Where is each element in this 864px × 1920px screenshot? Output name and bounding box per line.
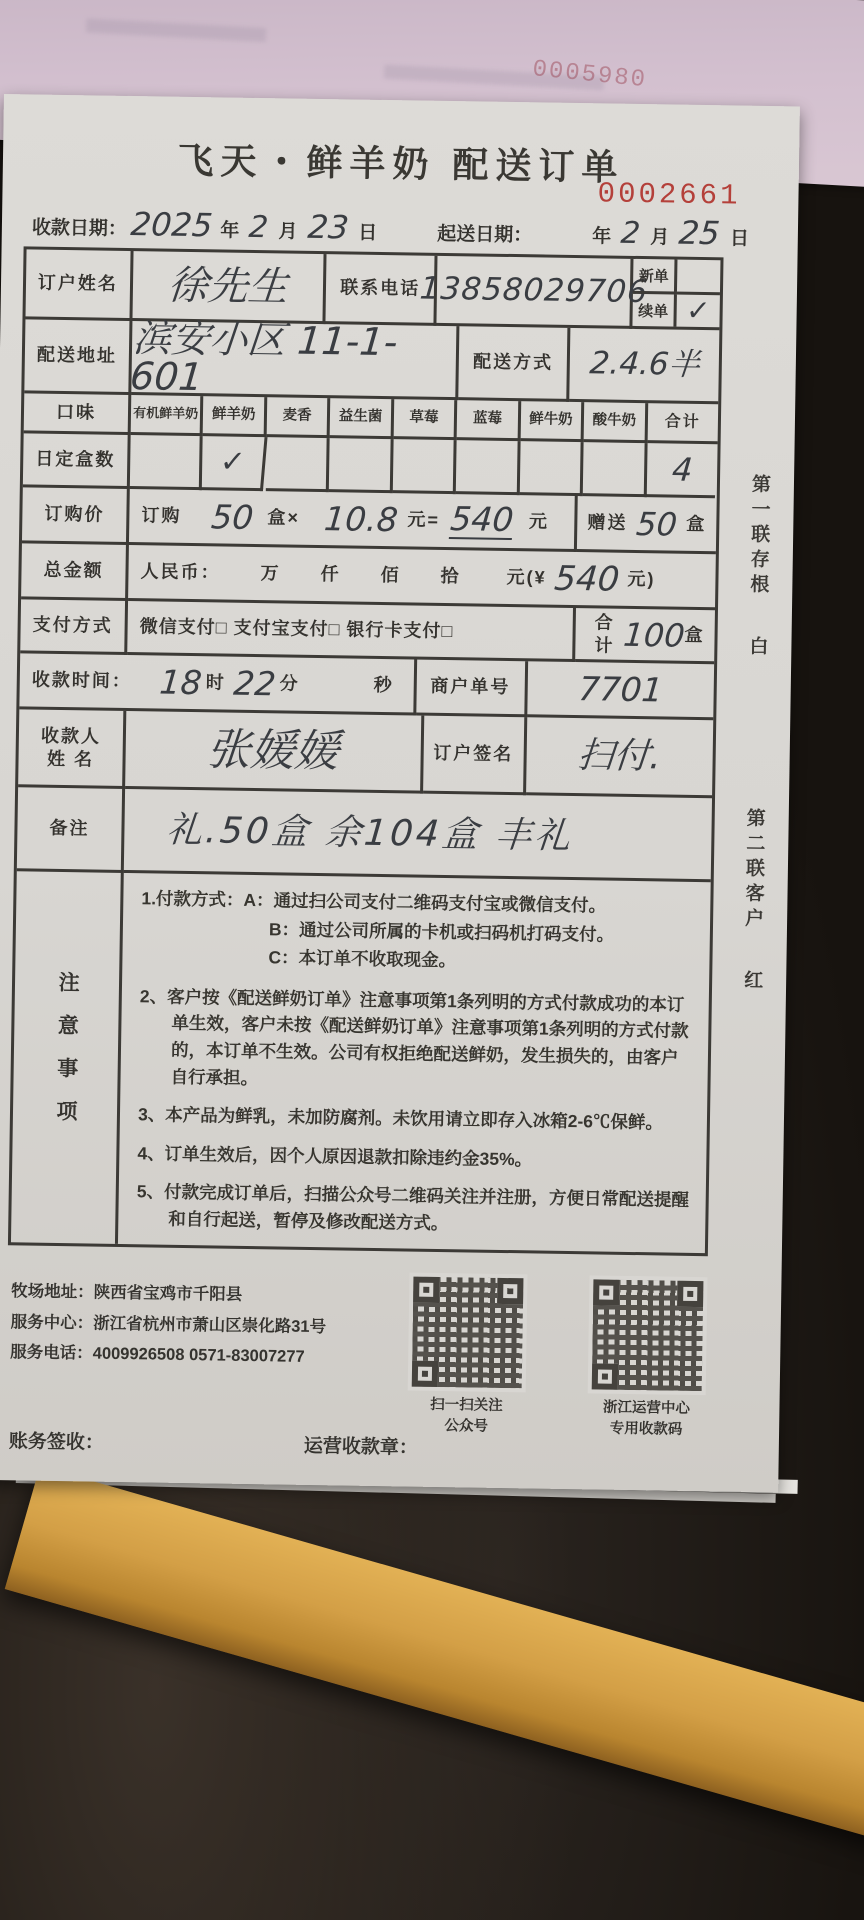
- unit-price-handwriting: 10.8: [323, 502, 399, 536]
- signature-cell: 扫付.: [526, 717, 714, 798]
- payee-label-line1: 收款人: [41, 725, 101, 748]
- photo-scene: 0005980 飞天・鲜羊奶 配送订单 0002661 收款日期： 2025 年…: [0, 0, 864, 1920]
- start-day-value: 25: [678, 217, 721, 250]
- address-value: 滨安小区 11-1-601: [131, 321, 459, 400]
- wechat-qr-code-icon: [412, 1277, 524, 1389]
- qr-finder-icon: [592, 1363, 618, 1389]
- minute-unit: 分: [280, 673, 300, 696]
- daily-box-cell: [519, 441, 583, 496]
- farm-address: 牧场地址：陕西省宝鸡市千阳县: [11, 1276, 327, 1311]
- delivery-order-form: 飞天・鲜羊奶 配送订单 0002661 收款日期： 2025 年 2 月 23 …: [0, 94, 800, 1492]
- row-remarks: 备注 礼.50盒 余104盒 丰礼: [17, 787, 712, 882]
- copy1-text: 第一联存根: [747, 474, 770, 599]
- row-notice: 注意事项 1.付款方式：A：通过扫公司支付二维码支付宝或微信支付。 B：通过公司…: [11, 871, 711, 1252]
- phone-handwriting: 13858029706: [418, 274, 649, 309]
- stamp-label: 运营收款章：: [304, 1431, 418, 1460]
- receipt-year-value: 2025: [130, 208, 214, 241]
- qr-finder-icon: [412, 1361, 438, 1387]
- payment-total-cell: 合计 100 盒: [575, 608, 715, 664]
- payee-name-cell: 张媛媛: [125, 711, 424, 794]
- notice-item-2: 2、客户按《配送鲜奶订单》注意事项第1条列明的方式付款成功的本订单生效，客户未按…: [138, 983, 695, 1098]
- receipt-day-value: 23: [306, 211, 349, 244]
- payment-label: 支付方式: [20, 599, 128, 655]
- payee-name-handwriting: 张媛媛: [205, 728, 341, 774]
- year-unit: 年: [220, 215, 239, 242]
- row-customer: 订户姓名 徐先生 联系电话 13858029706 新单 续单: [25, 249, 720, 330]
- remarks-handwriting: 礼.50盒 余104盒 丰礼: [165, 812, 575, 854]
- receipt-time-cell: 收款时间： 18 时 22 分 秒: [19, 653, 416, 715]
- second-unit: 秒: [374, 674, 394, 697]
- time-label: 收款时间：: [32, 669, 132, 693]
- flavor-probiotic: 益生菌: [330, 398, 394, 439]
- day-unit: 日: [730, 223, 749, 250]
- order-box-times: 盒×: [267, 506, 300, 529]
- order-price-detail: 订购 50 盒× 10.8 元= 540 元: [129, 489, 578, 552]
- delivery-method-label: 配送方式: [458, 326, 570, 402]
- notice-label-text: 注意事项: [50, 971, 83, 1143]
- copy1-color: 白: [743, 636, 770, 661]
- copy2-label: 第二联客户 红: [738, 808, 768, 996]
- remarks-label: 备注: [17, 787, 125, 873]
- order-serial-number: 0002661: [597, 177, 740, 212]
- merchant-no-handwriting: 7701: [577, 672, 664, 706]
- qr-finder-icon: [497, 1278, 523, 1304]
- daily-boxes-label: 日定盒数: [23, 433, 131, 489]
- service-center: 服务中心：浙江省杭州市萧山区崇化路31号: [10, 1307, 326, 1342]
- new-order-check: [676, 260, 722, 293]
- flavor-goat: 鲜羊奶: [203, 396, 267, 437]
- order-qty-handwriting: 50: [210, 500, 255, 534]
- order-amount-handwriting: 540: [448, 502, 514, 540]
- daily-box-cell: [456, 440, 520, 495]
- new-order-label: 新单: [633, 259, 677, 292]
- order-equals: 元=: [407, 509, 440, 532]
- flavor-cow: 鲜牛奶: [520, 401, 584, 442]
- notice-body: 1.付款方式：A：通过扫公司支付二维码支付宝或微信支付。 B：通过公司所属的卡机…: [118, 873, 711, 1253]
- delivery-method-value: 2.4.6半: [570, 328, 720, 404]
- start-month-value: 2: [620, 219, 642, 249]
- payee-label-line2: 姓 名: [47, 747, 94, 770]
- wooden-desk-edge: [5, 1466, 864, 1892]
- order-table: 订户姓名 徐先生 联系电话 13858029706 新单 续单: [8, 246, 724, 1255]
- payment-total-label: 合计: [585, 611, 624, 657]
- signature-label: 订户签名: [423, 716, 527, 796]
- copy2-color: 红: [738, 970, 765, 995]
- customer-name-value: 徐先生: [132, 251, 327, 324]
- payment-options: 微信支付□ 支付宝支付□ 银行卡支付□: [127, 601, 576, 662]
- rmb-label: 人民币：: [140, 560, 220, 584]
- total-label: 总金额: [21, 543, 129, 601]
- daily-box-total: 4: [644, 443, 719, 498]
- month-unit: 月: [278, 216, 297, 243]
- receipt-month-value: 2: [248, 213, 270, 243]
- daily-box-cell: [130, 435, 203, 490]
- account-sign-label: 账务签收：: [9, 1426, 104, 1454]
- footer-info: 牧场地址：陕西省宝鸡市千阳县 服务中心：浙江省杭州市萧山区崇化路31号 服务电话…: [10, 1276, 327, 1372]
- qr-finder-icon: [413, 1277, 439, 1303]
- signature-handwriting: 扫付.: [576, 738, 663, 775]
- flavor-blueberry: 蓝莓: [457, 400, 521, 441]
- day-unit: 日: [358, 218, 377, 245]
- payee-label: 收款人 姓 名: [18, 709, 126, 789]
- notice-item-4: 4、订单生效后，因个人原因退款扣除违约金35%。: [137, 1140, 692, 1175]
- order-type-box: 新单 续单 ✓: [632, 259, 720, 330]
- address-label: 配送地址: [24, 319, 132, 395]
- start-date-label: 起送日期：: [437, 219, 532, 247]
- total-detail: 人民币： 万 仟 佰 拾 元(¥ 540 元): [128, 545, 716, 610]
- address-handwriting: 滨安小区 11-1-601: [129, 319, 460, 400]
- daily-box-cell: [583, 442, 647, 497]
- service-phone: 服务电话：4009926508 0571-83007277: [10, 1337, 326, 1372]
- notice-item-5: 5、付款完成订单后，扫描公众号二维码关注并注册，方便日常配送提醒和自行起送，暂停…: [136, 1179, 692, 1241]
- flavor-organic-goat: 有机鲜羊奶: [131, 395, 204, 436]
- customer-name-label: 订户姓名: [25, 249, 133, 321]
- notice-item-3: 3、本产品为鲜乳，未加防腐剂。未饮用请立即存入冰箱2-6℃保鲜。: [138, 1101, 693, 1136]
- date-line: 收款日期： 2025 年 2 月 23 日 起送日期： 年 2 月 25 日: [32, 206, 772, 251]
- hour-unit: 时: [206, 671, 226, 694]
- flavor-wheat: 麦香: [267, 397, 331, 438]
- daily-box-cell: [266, 437, 330, 492]
- flavor-total: 合计: [647, 403, 718, 444]
- payment-qr-code-icon: [592, 1279, 704, 1391]
- flavor-yogurt: 酸牛奶: [584, 402, 648, 443]
- daily-box-cell: [329, 438, 393, 493]
- total-open: 元(¥: [506, 566, 546, 589]
- year-unit: 年: [592, 221, 611, 248]
- merchant-label: 商户单号: [416, 660, 528, 718]
- gift-qty-handwriting: 50: [635, 508, 678, 541]
- order-price-label: 订购价: [22, 487, 130, 545]
- flavor-strawberry: 草莓: [393, 399, 457, 440]
- copy2-text: 第二联客户: [742, 808, 765, 933]
- total-close: 元): [627, 568, 655, 591]
- merchant-no-cell: 7701: [527, 661, 714, 720]
- hour-handwriting: 18: [158, 666, 203, 700]
- phone-value: 13858029706: [436, 256, 633, 329]
- digit-units: 万 仟 佰 拾: [260, 562, 460, 588]
- copy1-label: 第一联存根 白: [743, 474, 773, 662]
- qr-block-left: 扫一扫关注 公众号: [391, 1276, 543, 1438]
- renew-order-label: 续单: [632, 294, 676, 327]
- row-address: 配送地址 滨安小区 11-1-601 配送方式 2.4.6半: [24, 319, 719, 404]
- order-yuan: 元: [529, 511, 549, 534]
- row-payee: 收款人 姓 名 张媛媛 订户签名 扫付.: [18, 709, 713, 798]
- payment-total-handwriting: 100: [622, 618, 686, 651]
- qr-finder-icon: [593, 1279, 619, 1305]
- notice-label: 注意事项: [11, 871, 124, 1243]
- qr-finder-icon: [677, 1281, 703, 1307]
- flavor-label: 口味: [24, 393, 132, 435]
- daily-box-cell: [393, 439, 457, 494]
- gift-label: 赠送: [587, 511, 627, 534]
- month-unit: 月: [650, 222, 669, 249]
- previous-sheet-serial: 0005980: [531, 56, 648, 94]
- renew-order-check: ✓: [675, 295, 721, 328]
- gift-unit: 盒: [686, 513, 706, 536]
- customer-name-handwriting: 徐先生: [166, 265, 289, 307]
- receipt-date-label: 收款日期：: [32, 212, 127, 240]
- minute-handwriting: 22: [232, 667, 277, 701]
- order-prefix: 订购: [141, 504, 181, 527]
- remarks-cell: 礼.50盒 余104盒 丰礼: [124, 789, 712, 882]
- gift-cell: 赠送 50 盒: [577, 496, 717, 554]
- daily-box-check: ✓: [200, 436, 268, 491]
- qr-block-right: 浙江运营中心 专用收款码: [571, 1279, 723, 1441]
- delivery-method-handwriting: 2.4.6半: [588, 348, 701, 381]
- payment-total-unit: 盒: [684, 624, 704, 647]
- ghost-imprint: [86, 18, 266, 42]
- total-amount-handwriting: 540: [553, 561, 621, 596]
